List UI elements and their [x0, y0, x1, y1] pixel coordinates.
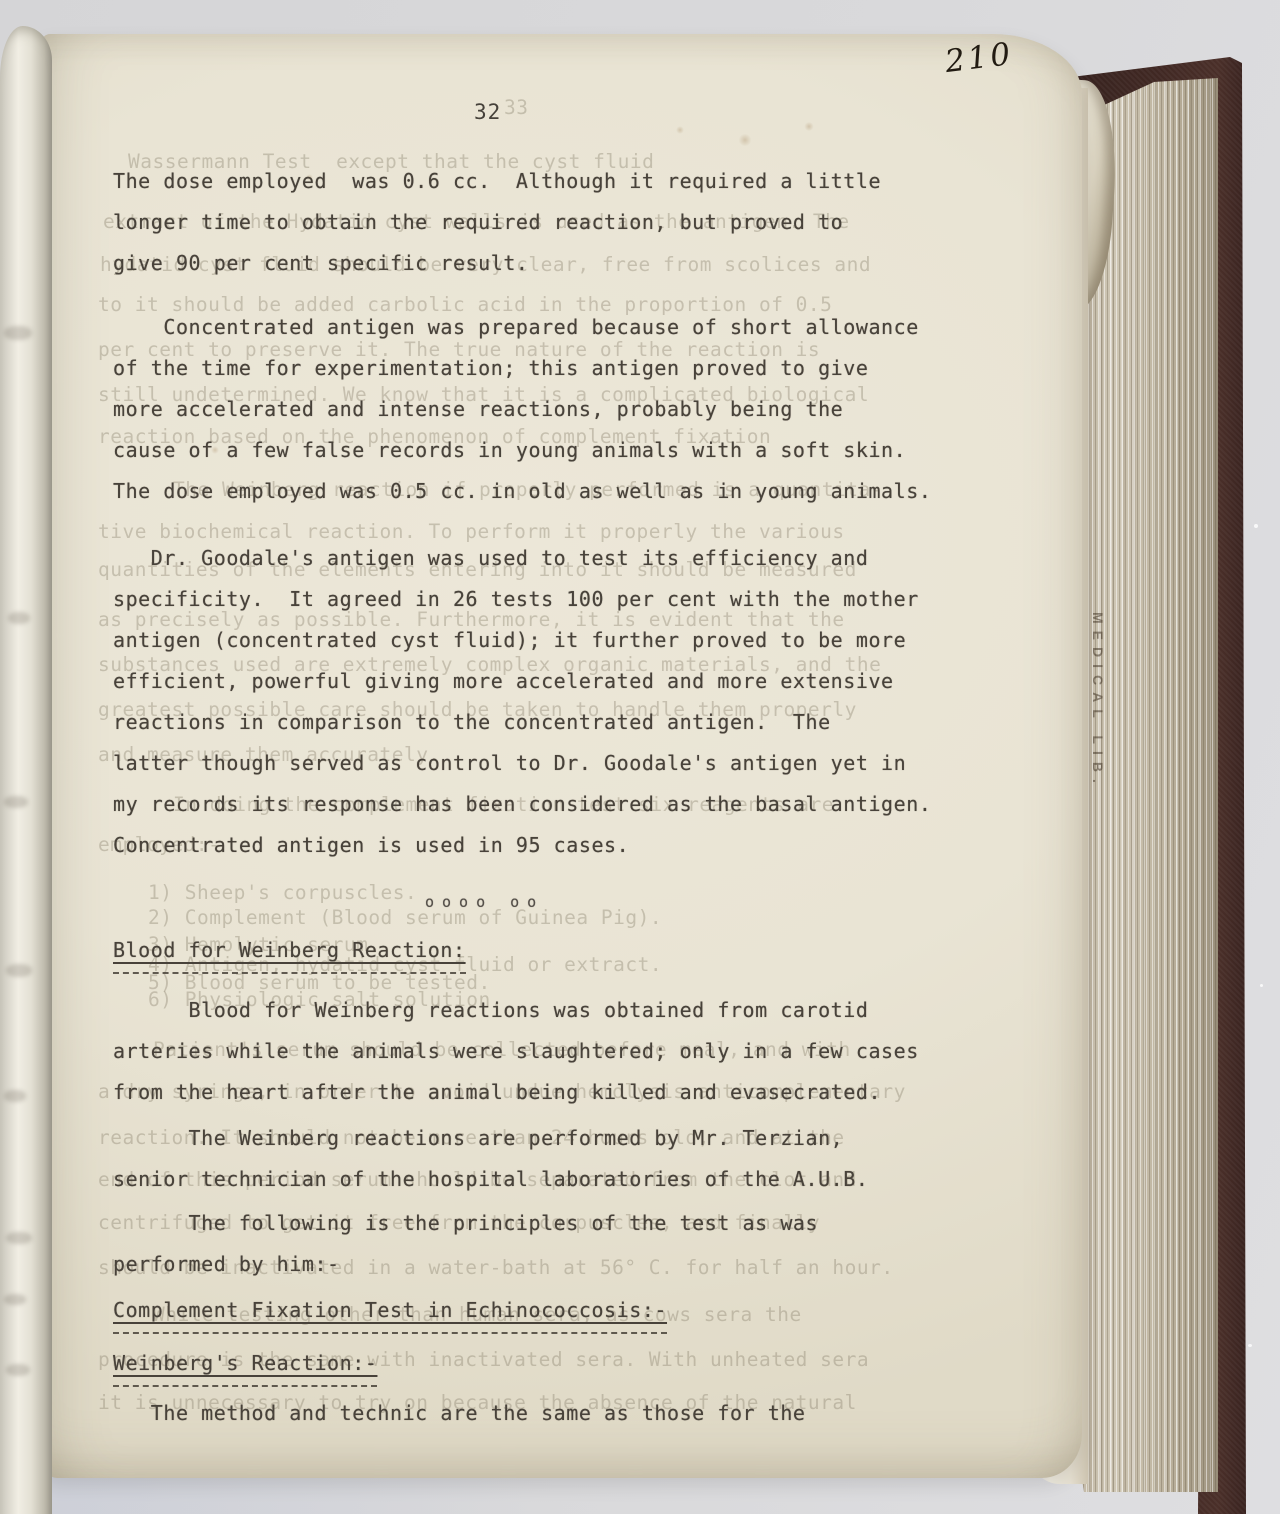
section-heading: Blood for Weinberg Reaction:	[113, 930, 1048, 977]
dust-speck	[1248, 1344, 1252, 1347]
dust-speck	[1260, 984, 1263, 987]
typewritten-line: Concentrated antigen was prepared becaus…	[113, 307, 1048, 348]
typewritten-line: latter though served as control to Dr. G…	[113, 743, 1048, 784]
typewritten-line: The dose employed was 0.5 cc. in old as …	[113, 471, 1048, 512]
typewritten-line: more accelerated and intense reactions, …	[113, 389, 1048, 430]
typewritten-line: senior technician of the hospital labora…	[113, 1159, 1048, 1200]
typewritten-line: The method and technic are the same as t…	[113, 1393, 1048, 1434]
section-heading: Complement Fixation Test in Echinococcos…	[113, 1290, 1048, 1337]
typewritten-line: my records its response has been conside…	[113, 784, 1048, 825]
paragraph: The following is the principles of the t…	[113, 1203, 1048, 1285]
typewritten-line: Blood for Weinberg reactions was obtaine…	[113, 990, 1048, 1031]
typewritten-line: longer time to obtain the required react…	[113, 202, 1048, 243]
typewritten-line: performed by him:-	[113, 1244, 1048, 1285]
manuscript-page: 33Wassermann Test except that the cyst f…	[36, 34, 1082, 1478]
typewritten-line: efficient, powerful giving more accelera…	[113, 661, 1048, 702]
typewritten-line: from the heart after the animal being ki…	[113, 1072, 1048, 1113]
ghost-line: 33	[504, 96, 528, 119]
paragraph: The dose employed was 0.6 cc. Although i…	[113, 161, 1048, 284]
dust-speck	[1254, 524, 1258, 528]
typed-separator: oooo oo	[113, 882, 1048, 923]
typewritten-line: give 90 per cent specific result.	[113, 243, 1048, 284]
fore-edge-library-stamp: MEDICAL LIB.	[1090, 612, 1106, 790]
typewritten-line: arteries while the animals were slaughte…	[113, 1031, 1048, 1072]
typewritten-line: The Weinberg reactions are performed by …	[113, 1118, 1048, 1159]
typewritten-line: Concentrated antigen is used in 95 cases…	[113, 825, 1048, 866]
paragraph: The Weinberg reactions are performed by …	[113, 1118, 1048, 1200]
heading-text: Weinberg's Reaction:-	[113, 1343, 377, 1387]
typewritten-line: of the time for experimentation; this an…	[113, 348, 1048, 389]
paragraph: The method and technic are the same as t…	[113, 1393, 1048, 1434]
typewritten-line: The dose employed was 0.6 cc. Although i…	[113, 161, 1048, 202]
typewritten-line: reactions in comparison to the concentra…	[113, 702, 1048, 743]
section-heading: Weinberg's Reaction:-	[113, 1343, 1048, 1390]
paragraph: Blood for Weinberg reactions was obtaine…	[113, 990, 1048, 1113]
heading-text: Complement Fixation Test in Echinococcos…	[113, 1290, 667, 1334]
paragraph: Dr. Goodale's antigen was used to test i…	[113, 538, 1048, 866]
typewritten-line: Dr. Goodale's antigen was used to test i…	[113, 538, 1048, 579]
typewritten-line: cause of a few false records in young an…	[113, 430, 1048, 471]
typewritten-line: The following is the principles of the t…	[113, 1203, 1048, 1244]
typewritten-line: specificity. It agreed in 26 tests 100 p…	[113, 579, 1048, 620]
typewritten-text: The dose employed was 0.6 cc. Although i…	[113, 161, 1048, 1434]
paragraph: Concentrated antigen was prepared becaus…	[113, 307, 1048, 512]
photo-of-book-page: MEDICAL LIB. 33Wassermann Test except th…	[0, 0, 1280, 1514]
typewritten-line: antigen (concentrated cyst fluid); it fu…	[113, 620, 1048, 661]
heading-text: Blood for Weinberg Reaction:	[113, 930, 466, 974]
